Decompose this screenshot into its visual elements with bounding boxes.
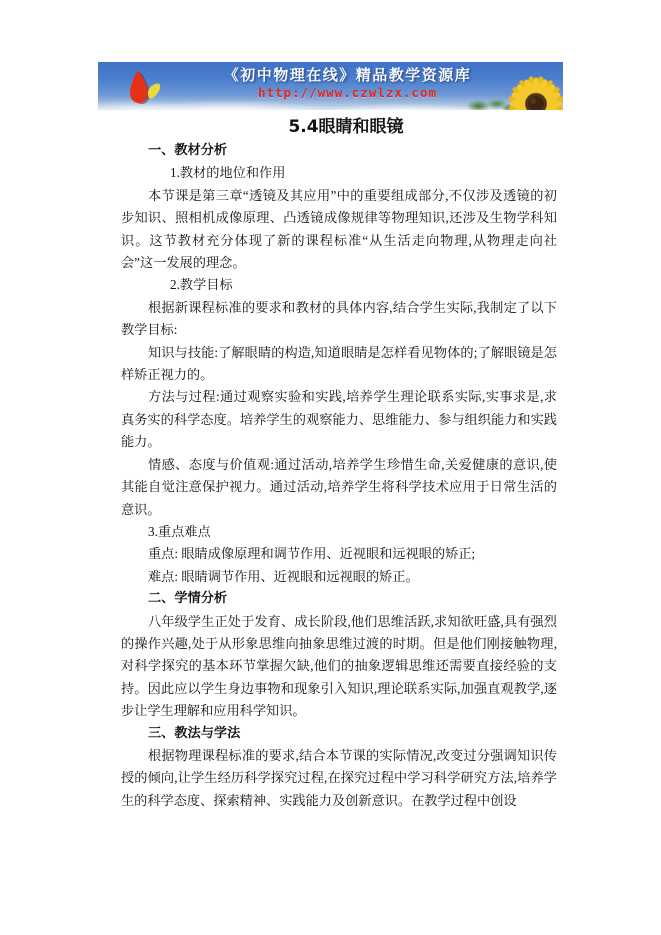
paragraph: 情感、态度与价值观:通过活动,培养学生珍惜生命,关爱健康的意识,使其能自觉注意保… xyxy=(121,454,557,521)
paragraph: 重点: 眼睛成像原理和调节作用、近视眼和远视眼的矫正; xyxy=(121,543,557,565)
subsection-heading: 3.重点难点 xyxy=(121,521,557,543)
paragraph: 知识与技能:了解眼睛的构造,知道眼睛是怎样看见物体的;了解眼镜是怎样矫正视力的。 xyxy=(121,342,557,387)
paragraph: 根据新课程标准的要求和教材的具体内容,结合学生实际,我制定了以下教学目标: xyxy=(121,297,557,342)
subsection-heading: 2.教学目标 xyxy=(121,274,557,296)
document-page: { "banner": { "site_name": "《初中物理在线》精品教学… xyxy=(0,0,661,935)
paragraph: 根据物理课程标准的要求,结合本节课的实际情况,改变过分强调知识传授的倾向,让学生… xyxy=(121,745,557,812)
subsection-heading: 1.教材的地位和作用 xyxy=(121,162,557,184)
paragraph: 八年级学生正处于发育、成长阶段,他们思维活跃,求知欲旺盛,具有强烈的操作兴趣,处… xyxy=(121,611,557,723)
site-banner: 《初中物理在线》精品教学资源库 http://www.czwlzx.com xyxy=(98,62,563,110)
paragraph: 难点: 眼睛调节作用、近视眼和远视眼的矫正。 xyxy=(121,566,557,588)
section-heading-3: 三、教法与学法 xyxy=(121,723,557,745)
section-heading-2: 二、学情分析 xyxy=(121,588,557,610)
document-body: 5.4眼睛和眼镜一、教材分析1.教材的地位和作用本节课是第三章“透镜及其应用”中… xyxy=(121,114,557,812)
section-heading-1: 一、教材分析 xyxy=(121,140,557,162)
site-name: 《初中物理在线》精品教学资源库 xyxy=(196,66,499,85)
banner-text: 《初中物理在线》精品教学资源库 http://www.czwlzx.com xyxy=(196,66,499,100)
sunflower-icon xyxy=(507,73,563,110)
document-title: 5.4眼睛和眼镜 xyxy=(121,114,557,140)
paragraph: 本节课是第三章“透镜及其应用”中的重要组成部分,不仅涉及透镜的初步知识、照相机成… xyxy=(121,185,557,275)
paragraph: 方法与过程:通过观察实验和实践,培养学生理论联系实际,实事求是,求真务实的科学态… xyxy=(121,386,557,453)
logo-flame-icon xyxy=(122,69,162,107)
site-url: http://www.czwlzx.com xyxy=(196,85,499,100)
